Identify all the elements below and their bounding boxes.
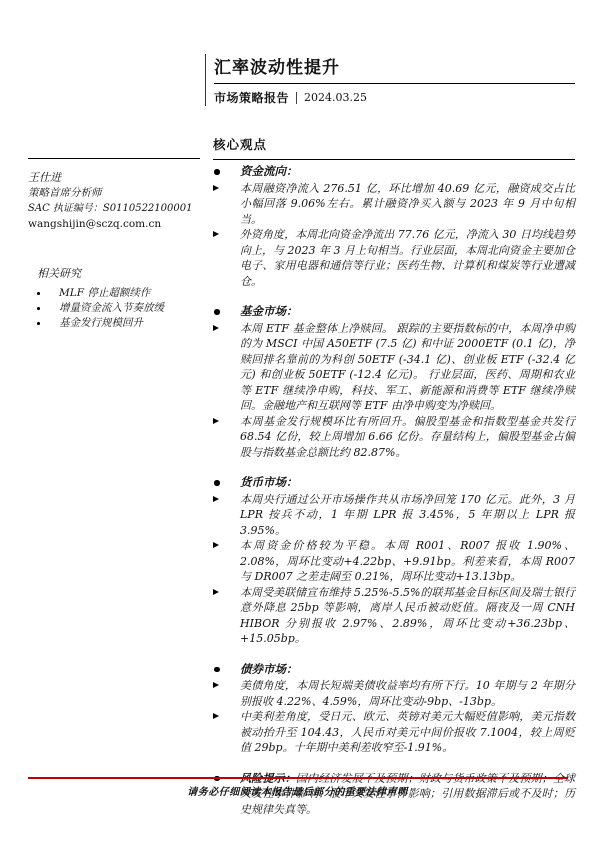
list-item: 中美利差角度，受日元、欧元、英镑对美元大幅贬值影响，美元指数被动抬升至 104.… xyxy=(213,709,575,756)
list-item: 基金发行规模回升 xyxy=(37,316,200,331)
paragraph-text: 本周 ETF 基金整体上净赎回。 跟踪的主要指数标的中，本周净申购的为 MSCI… xyxy=(240,321,575,414)
section-header: 资金流向： xyxy=(213,164,575,180)
paragraph-text: 外资角度，本周北向资金净流出 77.76 亿元，净流入 30 日均线趋势向上，与… xyxy=(240,227,575,289)
subtitle-row: 市场策略报告 2024.03.25 xyxy=(214,89,575,106)
arrow-bullet-icon xyxy=(213,321,240,414)
analyst-name: 王仕进 xyxy=(28,170,200,186)
subtitle-separator xyxy=(296,92,297,104)
related-item-label: MLF 停止超额续作 xyxy=(59,286,150,301)
section-title: 货币市场： xyxy=(240,475,298,491)
list-item: 本周资金价格较为平稳。本周 R001、R007 报收 1.90%、2.08%，周… xyxy=(213,538,575,585)
paragraph-text: 本周央行通过公开市场操作共从市场净回笼 170 亿元。此外，3 月 LPR 按兵… xyxy=(240,492,575,539)
analyst-email: wangshijin@sczq.com.cn xyxy=(28,217,200,233)
list-item: 本周央行通过公开市场操作共从市场净回笼 170 亿元。此外，3 月 LPR 按兵… xyxy=(213,492,575,539)
section-bullet-icon xyxy=(213,164,240,180)
core-viewpoints-heading: 核心观点 xyxy=(213,137,575,153)
section-title: 基金市场： xyxy=(240,304,298,320)
paragraph-text: 本周资金价格较为平稳。本周 R001、R007 报收 1.90%、2.08%，周… xyxy=(240,538,575,585)
list-item: 本周受美联储宣布维持 5.25%-5.5%的联邦基金目标区间及瑞士银行意外降息 … xyxy=(213,585,575,647)
related-item-label: 基金发行规模回升 xyxy=(59,316,143,331)
paragraph-text: 中美利差角度，受日元、欧元、英镑对美元大幅贬值影响，美元指数被动抬升至 104.… xyxy=(240,709,575,756)
list-item: 本周基金发行规模环比有所回升。偏股型基金和指数型基金共发行 68.54 亿份，较… xyxy=(213,414,575,461)
arrow-bullet-icon xyxy=(213,678,240,709)
report-type-label: 市场策略报告 xyxy=(214,89,289,106)
paragraph-text: 美债角度，本周长短端美债收益率均有所下行。10 年期与 2 年期分别报收 4.2… xyxy=(240,678,575,709)
section-title: 资金流向： xyxy=(240,164,298,180)
arrow-bullet-icon xyxy=(213,181,240,228)
list-item: MLF 停止超额续作 xyxy=(37,286,200,301)
section-bullet-icon xyxy=(213,475,240,491)
section-fund-market: 基金市场： 本周 ETF 基金整体上净赎回。 跟踪的主要指数标的中，本周净申购的… xyxy=(213,304,575,460)
bullet-dot-icon xyxy=(37,316,59,331)
related-item-label: 增量资金流入节奏放缓 xyxy=(59,301,164,316)
report-page: { "report": { "title": "汇率波动性提升", "type"… xyxy=(0,0,595,841)
list-item: 美债角度，本周长短端美债收益率均有所下行。10 年期与 2 年期分别报收 4.2… xyxy=(213,678,575,709)
section-header: 债券市场： xyxy=(213,662,575,678)
bullet-dot-icon xyxy=(37,301,59,316)
section-bond-market: 债券市场： 美债角度，本周长短端美债收益率均有所下行。10 年期与 2 年期分别… xyxy=(213,662,575,756)
section-bullet-icon xyxy=(213,304,240,320)
related-research-heading: 相关研究 xyxy=(37,266,200,282)
arrow-bullet-icon xyxy=(213,709,240,756)
analyst-sac-number: SAC 执证编号：S0110522100001 xyxy=(28,201,200,217)
list-item: 本周融资净流入 276.51 亿，环比增加 40.69 亿元，融资成交占比小幅回… xyxy=(213,181,575,228)
sidebar: 王仕进 策略首席分析师 SAC 执证编号：S0110522100001 wang… xyxy=(28,158,200,331)
report-date: 2024.03.25 xyxy=(304,91,367,104)
core-heading-rule xyxy=(213,159,575,160)
paragraph-text: 本周融资净流入 276.51 亿，环比增加 40.69 亿元，融资成交占比小幅回… xyxy=(240,181,575,228)
section-header: 基金市场： xyxy=(213,304,575,320)
arrow-bullet-icon xyxy=(213,414,240,461)
title-block: 汇率波动性提升 市场策略报告 2024.03.25 xyxy=(205,54,575,106)
related-research: 相关研究 MLF 停止超额续作 增量资金流入节奏放缓 基金发行规模回升 xyxy=(28,266,200,331)
footer-rule xyxy=(28,777,568,779)
analyst-role: 策略首席分析师 xyxy=(28,186,200,202)
bullet-dot-icon xyxy=(37,286,59,301)
title-rule xyxy=(214,83,575,84)
list-item: 本周 ETF 基金整体上净赎回。 跟踪的主要指数标的中，本周净申购的为 MSCI… xyxy=(213,321,575,414)
section-funds-flow: 资金流向： 本周融资净流入 276.51 亿，环比增加 40.69 亿元，融资成… xyxy=(213,164,575,289)
list-item: 外资角度，本周北向资金净流出 77.76 亿元，净流入 30 日均线趋势向上，与… xyxy=(213,227,575,289)
arrow-bullet-icon xyxy=(213,538,240,585)
section-bullet-icon xyxy=(213,662,240,678)
arrow-bullet-icon xyxy=(213,227,240,289)
section-title: 债券市场： xyxy=(240,662,298,678)
section-money-market: 货币市场： 本周央行通过公开市场操作共从市场净回笼 170 亿元。此外，3 月 … xyxy=(213,475,575,647)
analyst-block: 王仕进 策略首席分析师 SAC 执证编号：S0110522100001 wang… xyxy=(28,170,200,232)
footer-disclaimer: 请务必仔细阅读本报告最后部分的重要法律声明 xyxy=(0,783,595,798)
paragraph-text: 本周基金发行规模环比有所回升。偏股型基金和指数型基金共发行 68.54 亿份，较… xyxy=(240,414,575,461)
list-item: 增量资金流入节奏放缓 xyxy=(37,301,200,316)
main-content: 核心观点 资金流向： 本周融资净流入 276.51 亿，环比增加 40.69 亿… xyxy=(213,137,575,817)
paragraph-text: 本周受美联储宣布维持 5.25%-5.5%的联邦基金目标区间及瑞士银行意外降息 … xyxy=(240,585,575,647)
arrow-bullet-icon xyxy=(213,492,240,539)
report-title: 汇率波动性提升 xyxy=(214,56,575,80)
arrow-bullet-icon xyxy=(213,585,240,647)
section-header: 货币市场： xyxy=(213,475,575,491)
